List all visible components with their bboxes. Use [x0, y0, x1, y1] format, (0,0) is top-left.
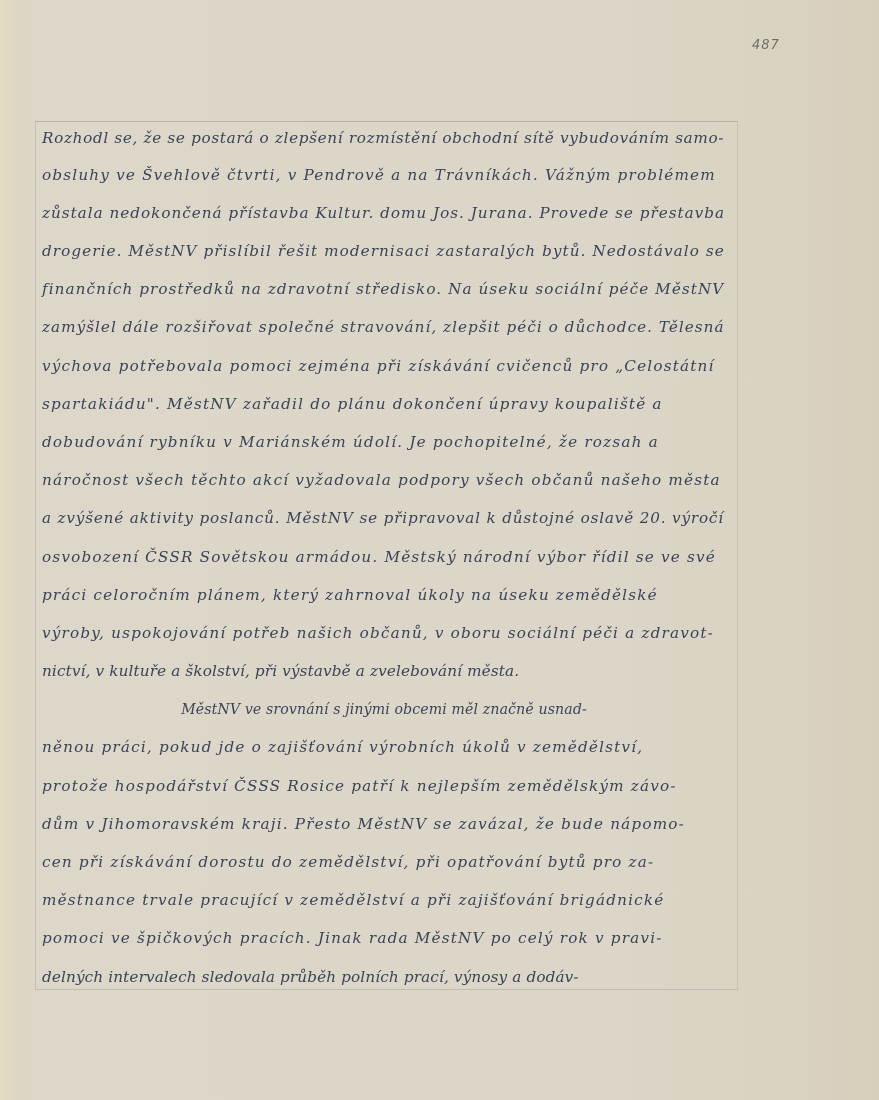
text-line-10: náročnost všech těchto akcí vyžadovala p…	[42, 470, 721, 490]
text-line-12: osvobození ČSSR Sovětskou armádou. Městs…	[42, 547, 716, 567]
text-line-6: zamýšlel dále rozšiřovat společné stravo…	[42, 317, 725, 337]
text-line-14: výroby, uspokojování potřeb našich občan…	[42, 623, 714, 643]
text-line-17: něnou práci, pokud jde o zajišťování výr…	[42, 737, 643, 757]
page-number: 487	[752, 38, 780, 53]
text-line-16-paragraph-start: MěstNV ve srovnání s jinými obcemi měl z…	[42, 699, 587, 719]
text-line-21: městnance trvale pracující v zemědělství…	[42, 890, 664, 910]
text-line-19: dům v Jihomoravském kraji. Přesto MěstNV…	[42, 814, 685, 834]
text-line-2: obsluhy ve Švehlově čtvrti, v Pendrově a…	[42, 165, 716, 185]
text-line-1: Rozhodl se, že se postará o zlepšení roz…	[42, 128, 724, 148]
text-line-18: protože hospodářství ČSSS Rosice patří k…	[42, 776, 677, 796]
text-line-13: práci celoročním plánem, který zahrnoval…	[42, 585, 658, 605]
handwritten-text-frame: Rozhodl se, že se postará o zlepšení roz…	[35, 121, 738, 990]
text-line-15: nictví, v kultuře a školství, při výstav…	[42, 661, 519, 681]
text-line-8: spartakiádu". MěstNV zařadil do plánu do…	[42, 394, 663, 414]
text-line-23: delných intervalech sledovala průběh pol…	[42, 967, 579, 987]
text-line-22: pomoci ve špičkových pracích. Jinak rada…	[42, 928, 663, 948]
text-line-9: dobudování rybníku v Mariánském údolí. J…	[42, 432, 659, 452]
text-line-11: a zvýšené aktivity poslanců. MěstNV se p…	[42, 508, 724, 528]
text-line-4: drogerie. MěstNV přislíbil řešit moderni…	[42, 241, 725, 261]
text-line-5: finančních prostředků na zdravotní střed…	[42, 279, 724, 299]
text-line-7: výchova potřebovala pomoci zejména při z…	[42, 356, 715, 376]
text-line-3: zůstala nedokončená přístavba Kultur. do…	[42, 203, 725, 223]
text-line-20: cen při získávání dorostu do zemědělství…	[42, 852, 654, 872]
